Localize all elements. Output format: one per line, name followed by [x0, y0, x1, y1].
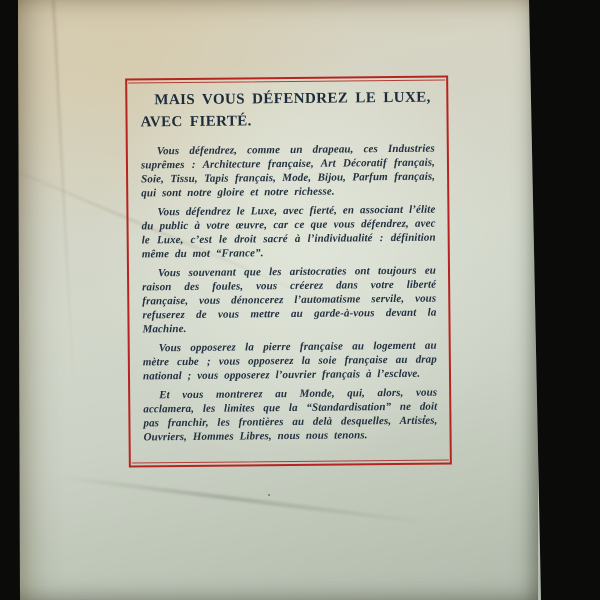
paragraph: Vous défendrez le Luxe, avec fierté, en …	[141, 202, 436, 261]
book-page: MAIS VOUS DÉFENDREZ LE LUXE, AVEC FIERTÉ…	[0, 0, 600, 600]
paper-speck	[268, 494, 270, 496]
paragraph: Vous défendrez, comme un drapeau, ces In…	[141, 141, 436, 200]
red-border-frame: MAIS VOUS DÉFENDREZ LE LUXE, AVEC FIERTÉ…	[125, 75, 452, 467]
title-line: MAIS VOUS DÉFENDREZ LE LUXE,	[140, 88, 434, 113]
title-line: AVEC FIERTÉ.	[140, 109, 434, 134]
paragraph: Et vous montrerez au Monde, qui, alors, …	[143, 385, 438, 444]
document-title: MAIS VOUS DÉFENDREZ LE LUXE, AVEC FIERTÉ…	[140, 88, 434, 134]
paper-crease	[56, 475, 434, 525]
paragraph: Vous souvenant que les aristocraties ont…	[142, 263, 437, 336]
photo-background: MAIS VOUS DÉFENDREZ LE LUXE, AVEC FIERTÉ…	[0, 0, 600, 600]
paper-crease	[52, 0, 75, 390]
paragraph: Vous opposerez la pierre française au lo…	[143, 338, 437, 383]
